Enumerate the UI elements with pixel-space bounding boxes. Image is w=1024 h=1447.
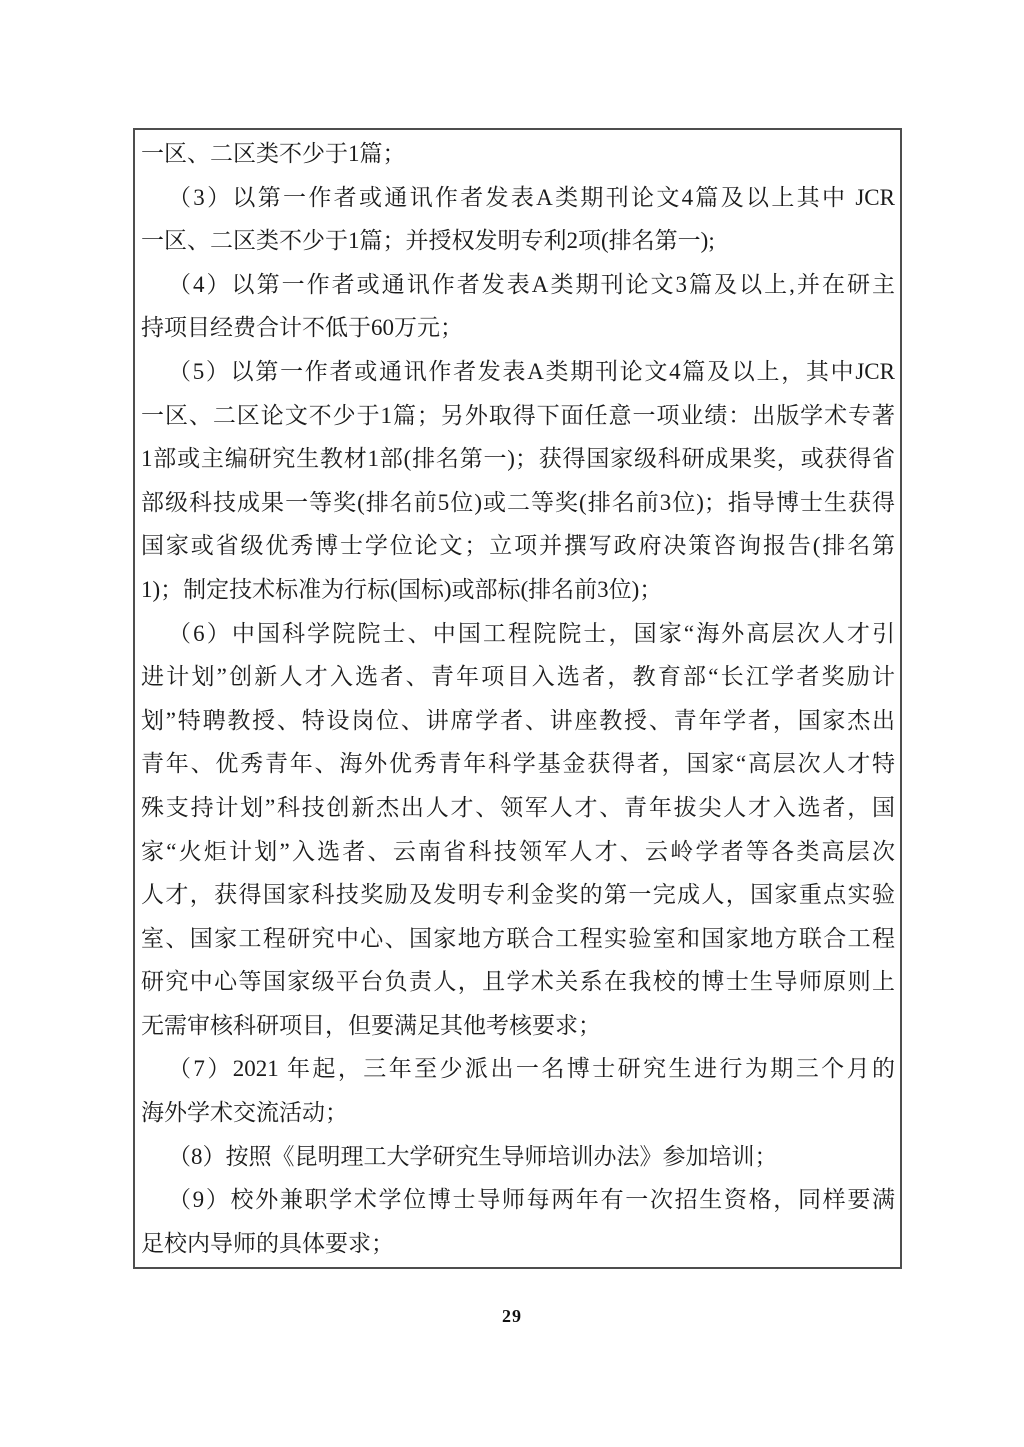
text-line: 青年、优秀青年、海外优秀青年科学基金获得者，国家“高层次人才特 — [141, 742, 895, 786]
text-line: 一区、二区类不少于1篇； — [141, 132, 895, 176]
paragraph: （6）中国科学院院士、中国工程院院士，国家“海外高层次人才引进计划”创新人才入选… — [141, 612, 895, 1048]
text-line: （5）以第一作者或通讯作者发表A类期刊论文4篇及以上，其中JCR — [141, 350, 895, 394]
document-body: 一区、二区类不少于1篇；（3）以第一作者或通讯作者发表A类期刊论文4篇及以上其中… — [141, 132, 895, 1265]
paragraph: （9）校外兼职学术学位博士导师每两年有一次招生资格，同样要满足校内导师的具体要求… — [141, 1178, 895, 1265]
text-line: （8）按照《昆明理工大学研究生导师培训办法》参加培训； — [141, 1135, 895, 1179]
text-line: 家“火炬计划”入选者、云南省科技领军人才、云岭学者等各类高层次 — [141, 830, 895, 874]
text-line: 足校内导师的具体要求； — [141, 1222, 895, 1266]
text-line: （9）校外兼职学术学位博士导师每两年有一次招生资格，同样要满 — [141, 1178, 895, 1222]
text-line: （6）中国科学院院士、中国工程院院士，国家“海外高层次人才引 — [141, 612, 895, 656]
text-line: 1部或主编研究生教材1部(排名第一)；获得国家级科研成果奖，或获得省 — [141, 437, 895, 481]
text-line: 室、国家工程研究中心、国家地方联合工程实验室和国家地方联合工程 — [141, 917, 895, 961]
text-line: 部级科技成果一等奖(排名前5位)或二等奖(排名前3位)；指导博士生获得 — [141, 481, 895, 525]
text-line: 一区、二区类不少于1篇；并授权发明专利2项(排名第一); — [141, 219, 895, 263]
page-number: 29 — [0, 1306, 1024, 1327]
text-line: 持项目经费合计不低于60万元； — [141, 306, 895, 350]
text-line: 一区、二区论文不少于1篇；另外取得下面任意一项业绩：出版学术专著 — [141, 394, 895, 438]
text-line: 人才，获得国家科技奖励及发明专利金奖的第一完成人，国家重点实验 — [141, 873, 895, 917]
text-line: （7）2021 年起，三年至少派出一名博士研究生进行为期三个月的 — [141, 1047, 895, 1091]
paragraph: （4）以第一作者或通讯作者发表A类期刊论文3篇及以上,并在研主持项目经费合计不低… — [141, 263, 895, 350]
text-line: （4）以第一作者或通讯作者发表A类期刊论文3篇及以上,并在研主 — [141, 263, 895, 307]
text-line: 国家或省级优秀博士学位论文；立项并撰写政府决策咨询报告(排名第 — [141, 524, 895, 568]
paragraph: （5）以第一作者或通讯作者发表A类期刊论文4篇及以上，其中JCR一区、二区论文不… — [141, 350, 895, 612]
paragraph: （8）按照《昆明理工大学研究生导师培训办法》参加培训； — [141, 1135, 895, 1179]
text-line: 划”特聘教授、特设岗位、讲席学者、讲座教授、青年学者，国家杰出 — [141, 699, 895, 743]
text-line: 1)；制定技术标准为行标(国标)或部标(排名前3位)； — [141, 568, 895, 612]
text-line: 研究中心等国家级平台负责人，且学术关系在我校的博士生导师原则上 — [141, 960, 895, 1004]
paragraph: （3）以第一作者或通讯作者发表A类期刊论文4篇及以上其中 JCR一区、二区类不少… — [141, 176, 895, 263]
paragraph: （7）2021 年起，三年至少派出一名博士研究生进行为期三个月的海外学术交流活动… — [141, 1047, 895, 1134]
text-line: 无需审核科研项目，但要满足其他考核要求； — [141, 1004, 895, 1048]
text-line: 进计划”创新人才入选者、青年项目入选者，教育部“长江学者奖励计 — [141, 655, 895, 699]
text-line: 海外学术交流活动； — [141, 1091, 895, 1135]
text-line: 殊支持计划”科技创新杰出人才、领军人才、青年拔尖人才入选者，国 — [141, 786, 895, 830]
document-border-box: 一区、二区类不少于1篇；（3）以第一作者或通讯作者发表A类期刊论文4篇及以上其中… — [133, 128, 902, 1269]
page: { "page": { "number": "29" }, "document"… — [0, 0, 1024, 1447]
paragraph: 一区、二区类不少于1篇； — [141, 132, 895, 176]
text-line: （3）以第一作者或通讯作者发表A类期刊论文4篇及以上其中 JCR — [141, 176, 895, 220]
